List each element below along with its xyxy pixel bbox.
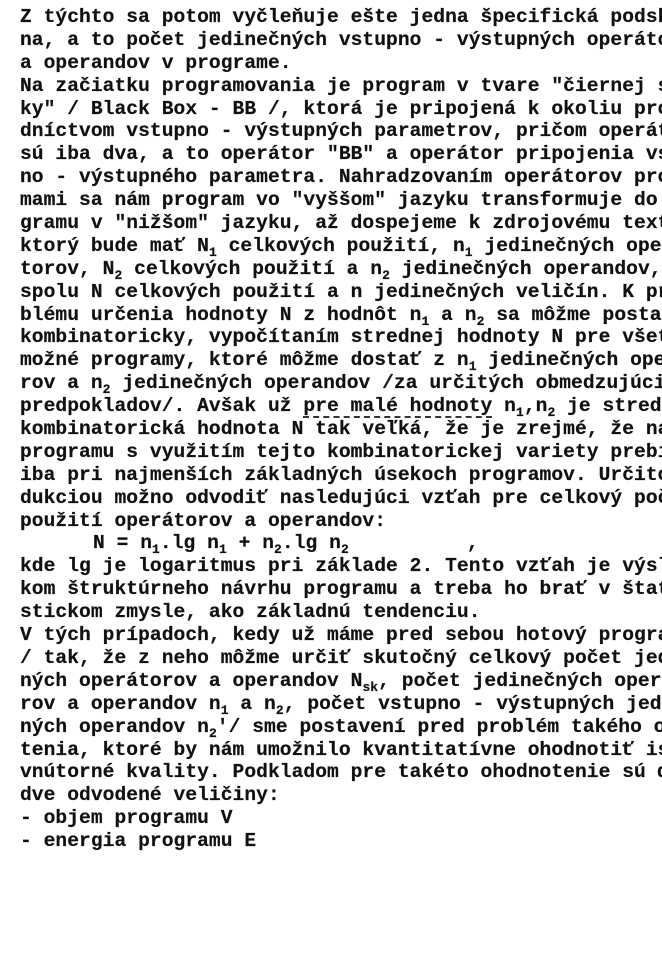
text-run: V tých prípadoch, kedy už máme pred sebo… bbox=[20, 624, 662, 646]
text-run: - energia programu E bbox=[20, 830, 256, 852]
text-run: gramu v "nižšom" jazyku, až dospejeme k … bbox=[20, 212, 662, 234]
text-line: blému určenia hodnoty N z hodnôt n1 a n2… bbox=[20, 304, 660, 327]
text-line: kombinatorická hodnota N tak veľká, že j… bbox=[20, 418, 660, 441]
text-run: no - výstupného parametra. Nahradzovaním… bbox=[20, 166, 662, 188]
text-run: / tak, že z neho môžme určiť skutočný ce… bbox=[20, 647, 662, 669]
text-run: kombinatorická hodnota N tak veľká, že j… bbox=[20, 418, 662, 440]
text-run: programu s využitím tejto kombinatoricke… bbox=[20, 441, 662, 463]
text-line: iba pri najmenších základných úsekoch pr… bbox=[20, 464, 660, 487]
text-run: ,n bbox=[524, 395, 548, 417]
text-run: jedinečných operandov, bbox=[390, 258, 662, 280]
text-run: jedinečných operá- bbox=[473, 235, 662, 257]
text-run: dve odvodené veličiny: bbox=[20, 784, 280, 806]
text-line: ných operandov n2'/ sme postavení pred p… bbox=[20, 716, 660, 739]
text-line: rov a n2 jedinečných operandov /za určit… bbox=[20, 372, 660, 395]
text-run: - objem programu V bbox=[20, 807, 233, 829]
text-run: ných operátorov a operandov N bbox=[20, 670, 362, 692]
text-line: vnútorné kvality. Podkladom pre takéto o… bbox=[20, 761, 660, 784]
text-line: rov a operandov n1 a n2, počet vstupno -… bbox=[20, 693, 660, 716]
text-run: ných operandov n bbox=[20, 716, 209, 738]
text-run: je stredná bbox=[555, 395, 662, 417]
text-run: dukciou možno odvodiť nasledujúci vzťah … bbox=[20, 487, 662, 509]
text-run: mami sa nám program vo "vyššom" jazyku t… bbox=[20, 189, 662, 211]
text-line: torov, N2 celkových použití a n2 jedineč… bbox=[20, 258, 660, 281]
text-run: jedinečných operandov /za určitých obmed… bbox=[111, 372, 662, 394]
text-line: - objem programu V bbox=[20, 807, 660, 830]
text-line: dve odvodené veličiny: bbox=[20, 784, 660, 807]
text-run: vnútorné kvality. Podkladom pre takéto o… bbox=[20, 761, 662, 783]
text-run: Z týchto sa potom vyčleňuje ešte jedna š… bbox=[20, 6, 662, 28]
text-run: n bbox=[492, 395, 516, 417]
text-run: celkových použití a n bbox=[122, 258, 382, 280]
text-line: kombinatoricky, vypočítaním strednej hod… bbox=[20, 326, 660, 349]
text-line: stickom zmysle, ako základnú tendenciu. bbox=[20, 601, 660, 624]
text-line: tenia, ktoré by nám umožnilo kvantitatív… bbox=[20, 739, 660, 762]
text-run: a n bbox=[429, 304, 476, 326]
text-run: kde lg je logaritmus pri základe 2. Tent… bbox=[20, 555, 662, 577]
text-line: dníctvom vstupno - výstupných parametrov… bbox=[20, 120, 660, 143]
text-run: a operandov v programe. bbox=[20, 52, 292, 74]
text-run: na, a to počet jedinečných vstupno - výs… bbox=[20, 29, 662, 51]
text-run: celkových použití, n bbox=[217, 235, 465, 257]
text-line: Na začiatku programovania je program v t… bbox=[20, 75, 660, 98]
text-run: sa môžme postaviť bbox=[484, 304, 662, 326]
text-run: tenia, ktoré by nám umožnilo kvantitatív… bbox=[20, 739, 662, 761]
text-run: Na začiatku programovania je program v t… bbox=[20, 75, 662, 97]
text-run: ktorý bude mať N bbox=[20, 235, 209, 257]
text-line: mami sa nám program vo "vyššom" jazyku t… bbox=[20, 189, 660, 212]
formula-line: N = n1.lg n1 + n2.lg n2 , bbox=[20, 532, 660, 555]
text-line: - energia programu E bbox=[20, 830, 660, 853]
text-run: , bbox=[349, 532, 479, 554]
text-run: .lg n bbox=[282, 532, 341, 554]
text-run: kombinatoricky, vypočítaním strednej hod… bbox=[20, 326, 662, 348]
text-run: , počet vstupno - výstupných jedineč- bbox=[284, 693, 662, 715]
text-run: kom štruktúrneho návrhu programu a treba… bbox=[20, 578, 662, 600]
text-run: rov a n bbox=[20, 372, 103, 394]
text-line: programu s využitím tejto kombinatoricke… bbox=[20, 441, 660, 464]
text-run: jedinečných operáto- bbox=[477, 349, 662, 371]
text-run: a n bbox=[229, 693, 276, 715]
text-line: možné programy, ktoré môžme dostať z n1 … bbox=[20, 349, 660, 372]
text-line: Z týchto sa potom vyčleňuje ešte jedna š… bbox=[20, 6, 660, 29]
text-line: gramu v "nižšom" jazyku, až dospejeme k … bbox=[20, 212, 660, 235]
text-run: + n bbox=[227, 532, 274, 554]
text-line: ných operátorov a operandov Nsk, počet j… bbox=[20, 670, 660, 693]
text-run: N = n bbox=[93, 532, 152, 554]
text-run: použití operátorov a operandov: bbox=[20, 510, 386, 532]
text-run: iba pri najmenších základných úsekoch pr… bbox=[20, 464, 662, 486]
text-line: / tak, že z neho môžme určiť skutočný ce… bbox=[20, 647, 660, 670]
text-run: predpokladov/. Avšak už bbox=[20, 395, 303, 417]
text-line: spolu N celkových použití a n jedinečnýc… bbox=[20, 281, 660, 304]
text-run: sú iba dva, a to operátor "BB" a operáto… bbox=[20, 143, 662, 165]
text-run: torov, N bbox=[20, 258, 114, 280]
text-line: a operandov v programe. bbox=[20, 52, 660, 75]
text-line: ktorý bude mať N1 celkových použití, n1 … bbox=[20, 235, 660, 258]
typewritten-page: Z týchto sa potom vyčleňuje ešte jedna š… bbox=[20, 6, 660, 853]
text-line: kde lg je logaritmus pri základe 2. Tent… bbox=[20, 555, 660, 578]
text-line: použití operátorov a operandov: bbox=[20, 510, 660, 533]
text-run: '/ sme postavení pred problém takého oho… bbox=[217, 716, 662, 738]
text-run: blému určenia hodnoty N z hodnôt n bbox=[20, 304, 421, 326]
text-run: .lg n bbox=[160, 532, 219, 554]
text-run: spolu N celkových použití a n jedinečnýc… bbox=[20, 281, 662, 303]
text-line: ky" / Black Box - BB /, ktorá je pripoje… bbox=[20, 98, 660, 121]
text-line: no - výstupného parametra. Nahradzovaním… bbox=[20, 166, 660, 189]
text-line: predpokladov/. Avšak už pre malé hodnoty… bbox=[20, 395, 660, 418]
text-run: , počet jedinečných operáto- bbox=[378, 670, 662, 692]
text-run: stickom zmysle, ako základnú tendenciu. bbox=[20, 601, 481, 623]
text-line: kom štruktúrneho návrhu programu a treba… bbox=[20, 578, 660, 601]
text-run: ky" / Black Box - BB /, ktorá je pripoje… bbox=[20, 98, 662, 120]
struck-text: pre malé hodnoty bbox=[303, 395, 492, 417]
text-line: dukciou možno odvodiť nasledujúci vzťah … bbox=[20, 487, 660, 510]
text-line: sú iba dva, a to operátor "BB" a operáto… bbox=[20, 143, 660, 166]
text-line: na, a to počet jedinečných vstupno - výs… bbox=[20, 29, 660, 52]
text-run: dníctvom vstupno - výstupných parametrov… bbox=[20, 120, 662, 142]
text-run: možné programy, ktoré môžme dostať z n bbox=[20, 349, 469, 371]
text-line: V tých prípadoch, kedy už máme pred sebo… bbox=[20, 624, 660, 647]
text-run: rov a operandov n bbox=[20, 693, 221, 715]
